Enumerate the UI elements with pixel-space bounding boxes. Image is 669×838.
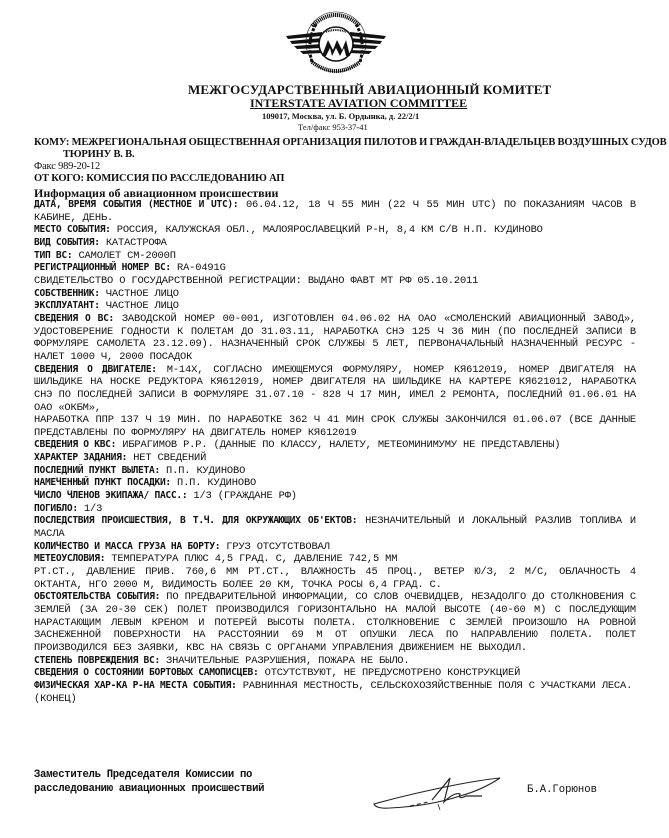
committee-emblem-icon: [282, 2, 390, 82]
report-field: НАМЕЧЕННЫЙ ПУНКТ ПОСАДКИ: П.П. КУДИНОВО: [34, 477, 636, 490]
report-field-value: 1/3: [84, 503, 102, 515]
committee-address: 109017, Москва, ул. Б. Ордынка, д. 22/2/…: [262, 111, 419, 121]
report-field: ХАРАКТЕР ЗАДАНИЯ: НЕТ СВЕДЕНИЙ: [34, 452, 636, 465]
report-field-value: РАВНИННАЯ МЕСТНОСТЬ, СЕЛЬСКОХОЗЯЙСТВЕННЫ…: [243, 680, 632, 692]
report-field: ПОГИБЛО: 1/3: [34, 503, 636, 516]
report-field: СВЕДЕНИЯ О ВС: ЗАВОДСКОЙ НОМЕР 00-001, И…: [34, 313, 636, 364]
report-field: СВЕДЕНИЯ О СОСТОЯНИИ БОРТОВЫХ САМОПИСЦЕВ…: [34, 667, 636, 680]
report-field: МЕТЕОУСЛОВИЯ: ТЕМПЕРАТУРА ПЛЮС 4,5 ГРАД.…: [34, 553, 636, 566]
report-field-value: ЧАСТНОЕ ЛИЦО: [106, 288, 179, 300]
handwritten-signature-icon: [370, 772, 510, 814]
recipient-person: ТЮРИНУ В. В.: [63, 149, 134, 160]
report-field-label: ДАТА, ВРЕМЯ СОБЫТИЯ (МЕСТНОЕ И UTC):: [34, 199, 238, 210]
report-field: ПОСЛЕДСТВИЯ ПРОИСШЕСТВИЯ, В Т.Ч. ДЛЯ ОКР…: [34, 515, 636, 540]
report-field-label: КОЛИЧЕСТВО И МАССА ГРУЗА НА БОРТУ:: [34, 541, 220, 552]
report-field: СВИДЕТЕЛЬСТВО О ГОСУДАРСТВЕННОЙ РЕГИСТРА…: [34, 275, 636, 288]
report-field: ТИП ВС: САМОЛЕТ СМ-2000П: [34, 250, 636, 263]
report-field: (КОНЕЦ): [34, 693, 636, 706]
report-field-label: СВЕДЕНИЯ О КВС:: [34, 439, 116, 450]
report-field-value: РОССИЯ, КАЛУЖСКАЯ ОБЛ., МАЛОЯРОСЛАВЕЦКИЙ…: [117, 224, 543, 236]
report-field-value: (КОНЕЦ): [34, 693, 77, 705]
report-field-label: МЕТЕОУСЛОВИЯ:: [34, 553, 105, 564]
report-field-value: ИБРАГИМОВ Р.Р. (ДАННЫЕ ПО КЛАССУ, НАЛЕТУ…: [122, 439, 560, 451]
report-field-value: ГРУЗ ОТСУТСТВОВАЛ: [226, 541, 329, 553]
report-field-label: ЧИСЛО ЧЛЕНОВ ЭКИПАЖА/ ПАСС.:: [34, 490, 187, 501]
report-field: ВИД СОБЫТИЯ: КАТАСТРОФА: [34, 237, 636, 250]
signatory-position-line1: Заместитель Председателя Комиссии по: [34, 768, 264, 782]
report-field-label: СВЕДЕНИЯ О СОСТОЯНИИ БОРТОВЫХ САМОПИСЦЕВ…: [34, 667, 259, 678]
report-field: СОБСТВЕННИК: ЧАСТНОЕ ЛИЦО: [34, 288, 636, 301]
report-field: ФИЗИЧЕСКАЯ ХАР-КА Р-НА МЕСТА СОБЫТИЯ: РА…: [34, 680, 636, 693]
report-field-value: НАРАБОТКА ППР 137 Ч 19 МИН. ПО НАРАБОТКЕ…: [34, 414, 636, 439]
report-field-label: ХАРАКТЕР ЗАДАНИЯ:: [34, 452, 127, 463]
report-field-value: ЗАВОДСКОЙ НОМЕР 00-001, ИЗГОТОВЛЕН 04.06…: [34, 313, 636, 363]
report-body: ДАТА, ВРЕМЯ СОБЫТИЯ (МЕСТНОЕ И UTC): 06.…: [34, 199, 636, 705]
report-field: СТЕПЕНЬ ПОВРЕЖДЕНИЯ ВС: ЗНАЧИТЕЛЬНЫЕ РАЗ…: [34, 655, 636, 668]
report-field-value: НЕТ СВЕДЕНИЙ: [133, 452, 206, 464]
report-field-label: ВИД СОБЫТИЯ:: [34, 237, 100, 248]
report-field-value: СВИДЕТЕЛЬСТВО О ГОСУДАРСТВЕННОЙ РЕГИСТРА…: [34, 275, 478, 287]
report-field: НАРАБОТКА ППР 137 Ч 19 МИН. ПО НАРАБОТКЕ…: [34, 414, 636, 439]
signatory-position: Заместитель Председателя Комиссии по рас…: [34, 768, 264, 796]
signatory-position-line2: расследованию авиационных происшествий: [34, 782, 264, 796]
report-field-label: ОБСТОЯТЕЛЬСТВА СОБЫТИЯ:: [34, 591, 160, 602]
report-field-label: ФИЗИЧЕСКАЯ ХАР-КА Р-НА МЕСТА СОБЫТИЯ:: [34, 680, 237, 691]
recipient-organization: КОМУ: МЕЖРЕГИОНАЛЬНАЯ ОБЩЕСТВЕННАЯ ОРГАН…: [34, 137, 666, 148]
report-field-label: СТЕПЕНЬ ПОВРЕЖДЕНИЯ ВС:: [34, 655, 160, 666]
report-field-label: СВЕДЕНИЯ О ДВИГАТЕЛЕ:: [34, 364, 157, 375]
report-field: РЕГИСТРАЦИОННЫЙ НОМЕР ВС: RA-0491G: [34, 262, 636, 275]
report-field-value: КАТАСТРОФА: [106, 237, 167, 249]
report-field-label: РЕГИСТРАЦИОННЫЙ НОМЕР ВС:: [34, 262, 171, 273]
report-field-value: П.П. КУДИНОВО: [177, 477, 256, 489]
report-field-label: ПОСЛЕДНИЙ ПУНКТ ВЫЛЕТА:: [34, 465, 160, 476]
report-field-label: СВЕДЕНИЯ О ВС:: [34, 313, 114, 324]
report-field: СВЕДЕНИЯ О КВС: ИБРАГИМОВ Р.Р. (ДАННЫЕ П…: [34, 439, 636, 452]
report-field-label: ПОГИБЛО:: [34, 503, 78, 514]
report-field: ПОСЛЕДНИЙ ПУНКТ ВЫЛЕТА: П.П. КУДИНОВО: [34, 465, 636, 478]
report-field: МЕСТО СОБЫТИЯ: РОССИЯ, КАЛУЖСКАЯ ОБЛ., М…: [34, 224, 636, 237]
committee-phone: Тел/факс 953-37-41: [298, 122, 368, 132]
report-field-value: РТ.СТ., ДАВЛЕНИЕ ПРИВ. 760,6 ММ РТ.СТ., …: [34, 566, 636, 591]
report-field-value: RA-0491G: [177, 262, 226, 274]
report-field: КОЛИЧЕСТВО И МАССА ГРУЗА НА БОРТУ: ГРУЗ …: [34, 541, 636, 554]
report-field: ЭКСПЛУАТАНТ: ЧАСТНОЕ ЛИЦО: [34, 300, 636, 313]
report-field-label: СОБСТВЕННИК:: [34, 288, 100, 299]
report-field: ДАТА, ВРЕМЯ СОБЫТИЯ (МЕСТНОЕ И UTC): 06.…: [34, 199, 636, 224]
report-field-label: НАМЕЧЕННЫЙ ПУНКТ ПОСАДКИ:: [34, 477, 171, 488]
recipient-fax: Факс 989-20-12: [34, 161, 100, 172]
report-field: ОБСТОЯТЕЛЬСТВА СОБЫТИЯ: ПО ПРЕДВАРИТЕЛЬН…: [34, 591, 636, 654]
report-field-value: ЗНАЧИТЕЛЬНЫЕ РАЗРУШЕНИЯ, ПОЖАРА НЕ БЫЛО.: [166, 655, 409, 667]
report-field-label: ЭКСПЛУАТАНТ:: [34, 300, 100, 311]
report-field-label: ПОСЛЕДСТВИЯ ПРОИСШЕСТВИЯ, В Т.Ч. ДЛЯ ОКР…: [34, 515, 357, 526]
report-field-value: ТЕМПЕРАТУРА ПЛЮС 4,5 ГРАД. С, ДАВЛЕНИЕ 7…: [111, 553, 397, 565]
report-field-value: 1/3 (ГРАЖДАНЕ РФ): [193, 490, 296, 502]
signatory-name: Б.А.Горюнов: [527, 784, 597, 796]
committee-name-en: INTERSTATE AVIATION COMMITTEE: [250, 96, 467, 111]
report-field: РТ.СТ., ДАВЛЕНИЕ ПРИВ. 760,6 ММ РТ.СТ., …: [34, 566, 636, 591]
report-field-value: ЧАСТНОЕ ЛИЦО: [106, 300, 179, 312]
report-field-value: ОТСУТСТВУЮТ, НЕ ПРЕДУСМОТРЕНО КОНСТРУКЦИ…: [265, 667, 521, 679]
report-field-value: П.П. КУДИНОВО: [166, 465, 245, 477]
sender-line: ОТ КОГО: КОМИССИЯ ПО РАССЛЕДОВАНИЮ АП: [34, 173, 284, 184]
report-field-label: МЕСТО СОБЫТИЯ:: [34, 224, 111, 235]
report-field-label: ТИП ВС:: [34, 250, 72, 261]
report-field: ЧИСЛО ЧЛЕНОВ ЭКИПАЖА/ ПАСС.: 1/3 (ГРАЖДА…: [34, 490, 636, 503]
report-field-value: САМОЛЕТ СМ-2000П: [78, 250, 175, 262]
report-field: СВЕДЕНИЯ О ДВИГАТЕЛЕ: М-14Х, СОГЛАСНО ИМ…: [34, 364, 636, 415]
